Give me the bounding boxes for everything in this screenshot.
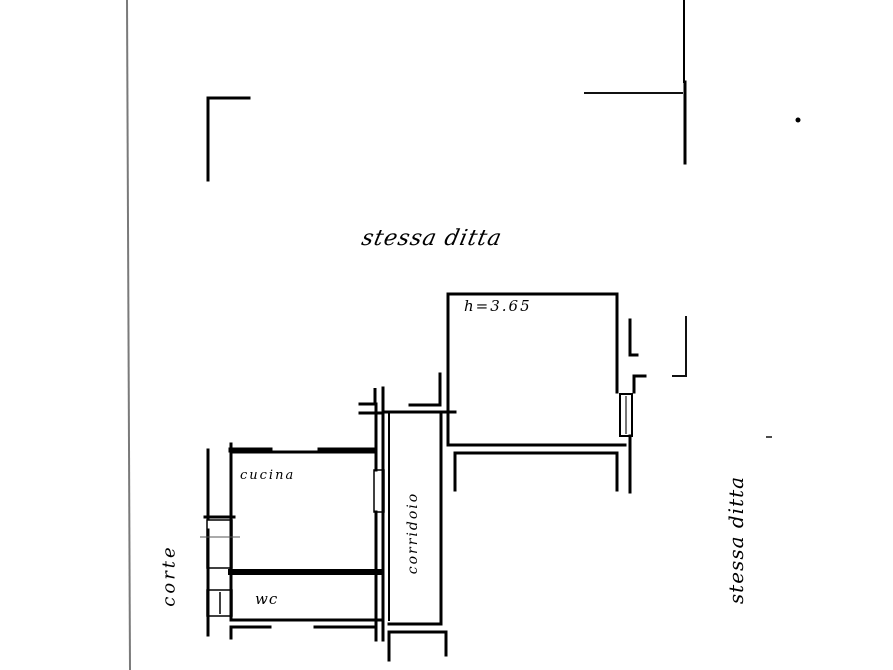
label-toilet: wc [255,590,278,608]
label-kitchen: cucina [240,468,295,483]
label-neighbor-top: stessa ditta [359,226,504,251]
corner-mark-top-left [208,98,249,180]
label-corridor: corridoio [405,492,421,574]
corridor-top-wall [360,388,375,404]
page-border-line [127,0,130,670]
label-courtyard: corte [159,544,180,606]
window-corte [207,520,232,568]
room-large-bottom-wall-inner [455,453,617,490]
dot-mark [796,118,801,123]
label-neighbor-right: stessa ditta [724,476,748,604]
corridor-bottom-outer [389,632,446,660]
room-large-right-pier-2 [634,376,645,392]
corridor-top-right [410,374,440,405]
room-large-right-pier [630,320,637,355]
wc-bottom-outer-l [231,627,270,638]
bracket-mark-right [672,316,686,376]
floor-plan-drawing [0,0,893,670]
label-ceiling-height: h=3.65 [464,297,532,315]
